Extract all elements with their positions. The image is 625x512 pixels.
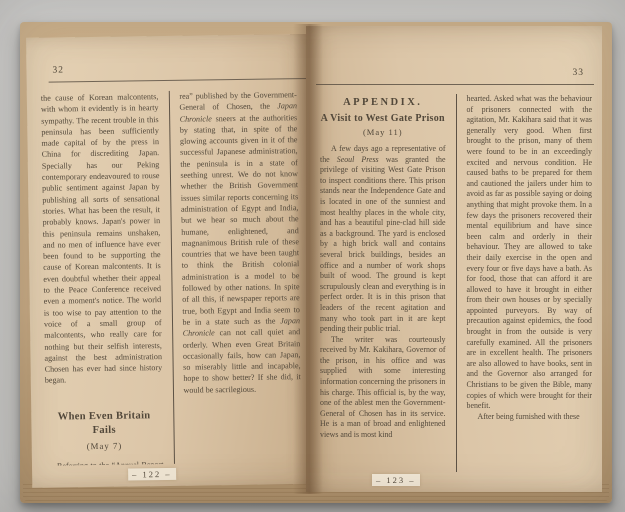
header-rule-left bbox=[49, 78, 309, 83]
right-page-text-block: APPENDIX.A Visit to West Gate Prison(May… bbox=[320, 94, 592, 472]
left-page-column-1: the cause of Korean malcontents, with wh… bbox=[41, 91, 164, 466]
right-page-column-1: APPENDIX.A Visit to West Gate Prison(May… bbox=[320, 94, 446, 472]
left-page-text-block: the cause of Korean malcontents, with wh… bbox=[41, 89, 302, 466]
header-rule-right bbox=[316, 84, 594, 85]
book-photo: 32 the cause of Korean malcontents, with… bbox=[0, 0, 625, 512]
right-page-column-2: hearted. Asked what was the behaviour of… bbox=[456, 94, 593, 472]
heading-caps: APPENDIX. bbox=[320, 97, 446, 108]
paragraph: the cause of Korean malcontents, with wh… bbox=[41, 91, 163, 386]
page-number-top-right: 33 bbox=[573, 68, 585, 78]
paragraph: The writer was courteously received by M… bbox=[320, 335, 446, 441]
paragraph: rea” published by the Government-General… bbox=[179, 89, 301, 396]
paragraph: A few days ago a representative of the S… bbox=[320, 144, 446, 335]
subheading: (May 11) bbox=[320, 127, 446, 137]
paragraph: After being furnished with these bbox=[467, 412, 593, 423]
right-page: 33 APPENDIX.A Visit to West Gate Prison(… bbox=[306, 26, 602, 492]
left-page: 32 the cause of Korean malcontents, with… bbox=[26, 34, 314, 488]
paragraph: hearted. Asked what was the behaviour of… bbox=[467, 94, 593, 412]
page-number-bottom-right: – 123 – bbox=[372, 474, 420, 486]
heading: When Even Britain Fails bbox=[45, 409, 163, 439]
heading: A Visit to West Gate Prison bbox=[320, 112, 446, 125]
left-page-column-2: rea” published by the Government-General… bbox=[168, 89, 302, 464]
paragraph: Referring to the “Annual Report on Refor… bbox=[46, 459, 164, 466]
subheading: (May 7) bbox=[46, 440, 164, 452]
page-number-bottom-left: – 122 – bbox=[128, 468, 176, 481]
page-number-top-left: 32 bbox=[52, 65, 64, 75]
